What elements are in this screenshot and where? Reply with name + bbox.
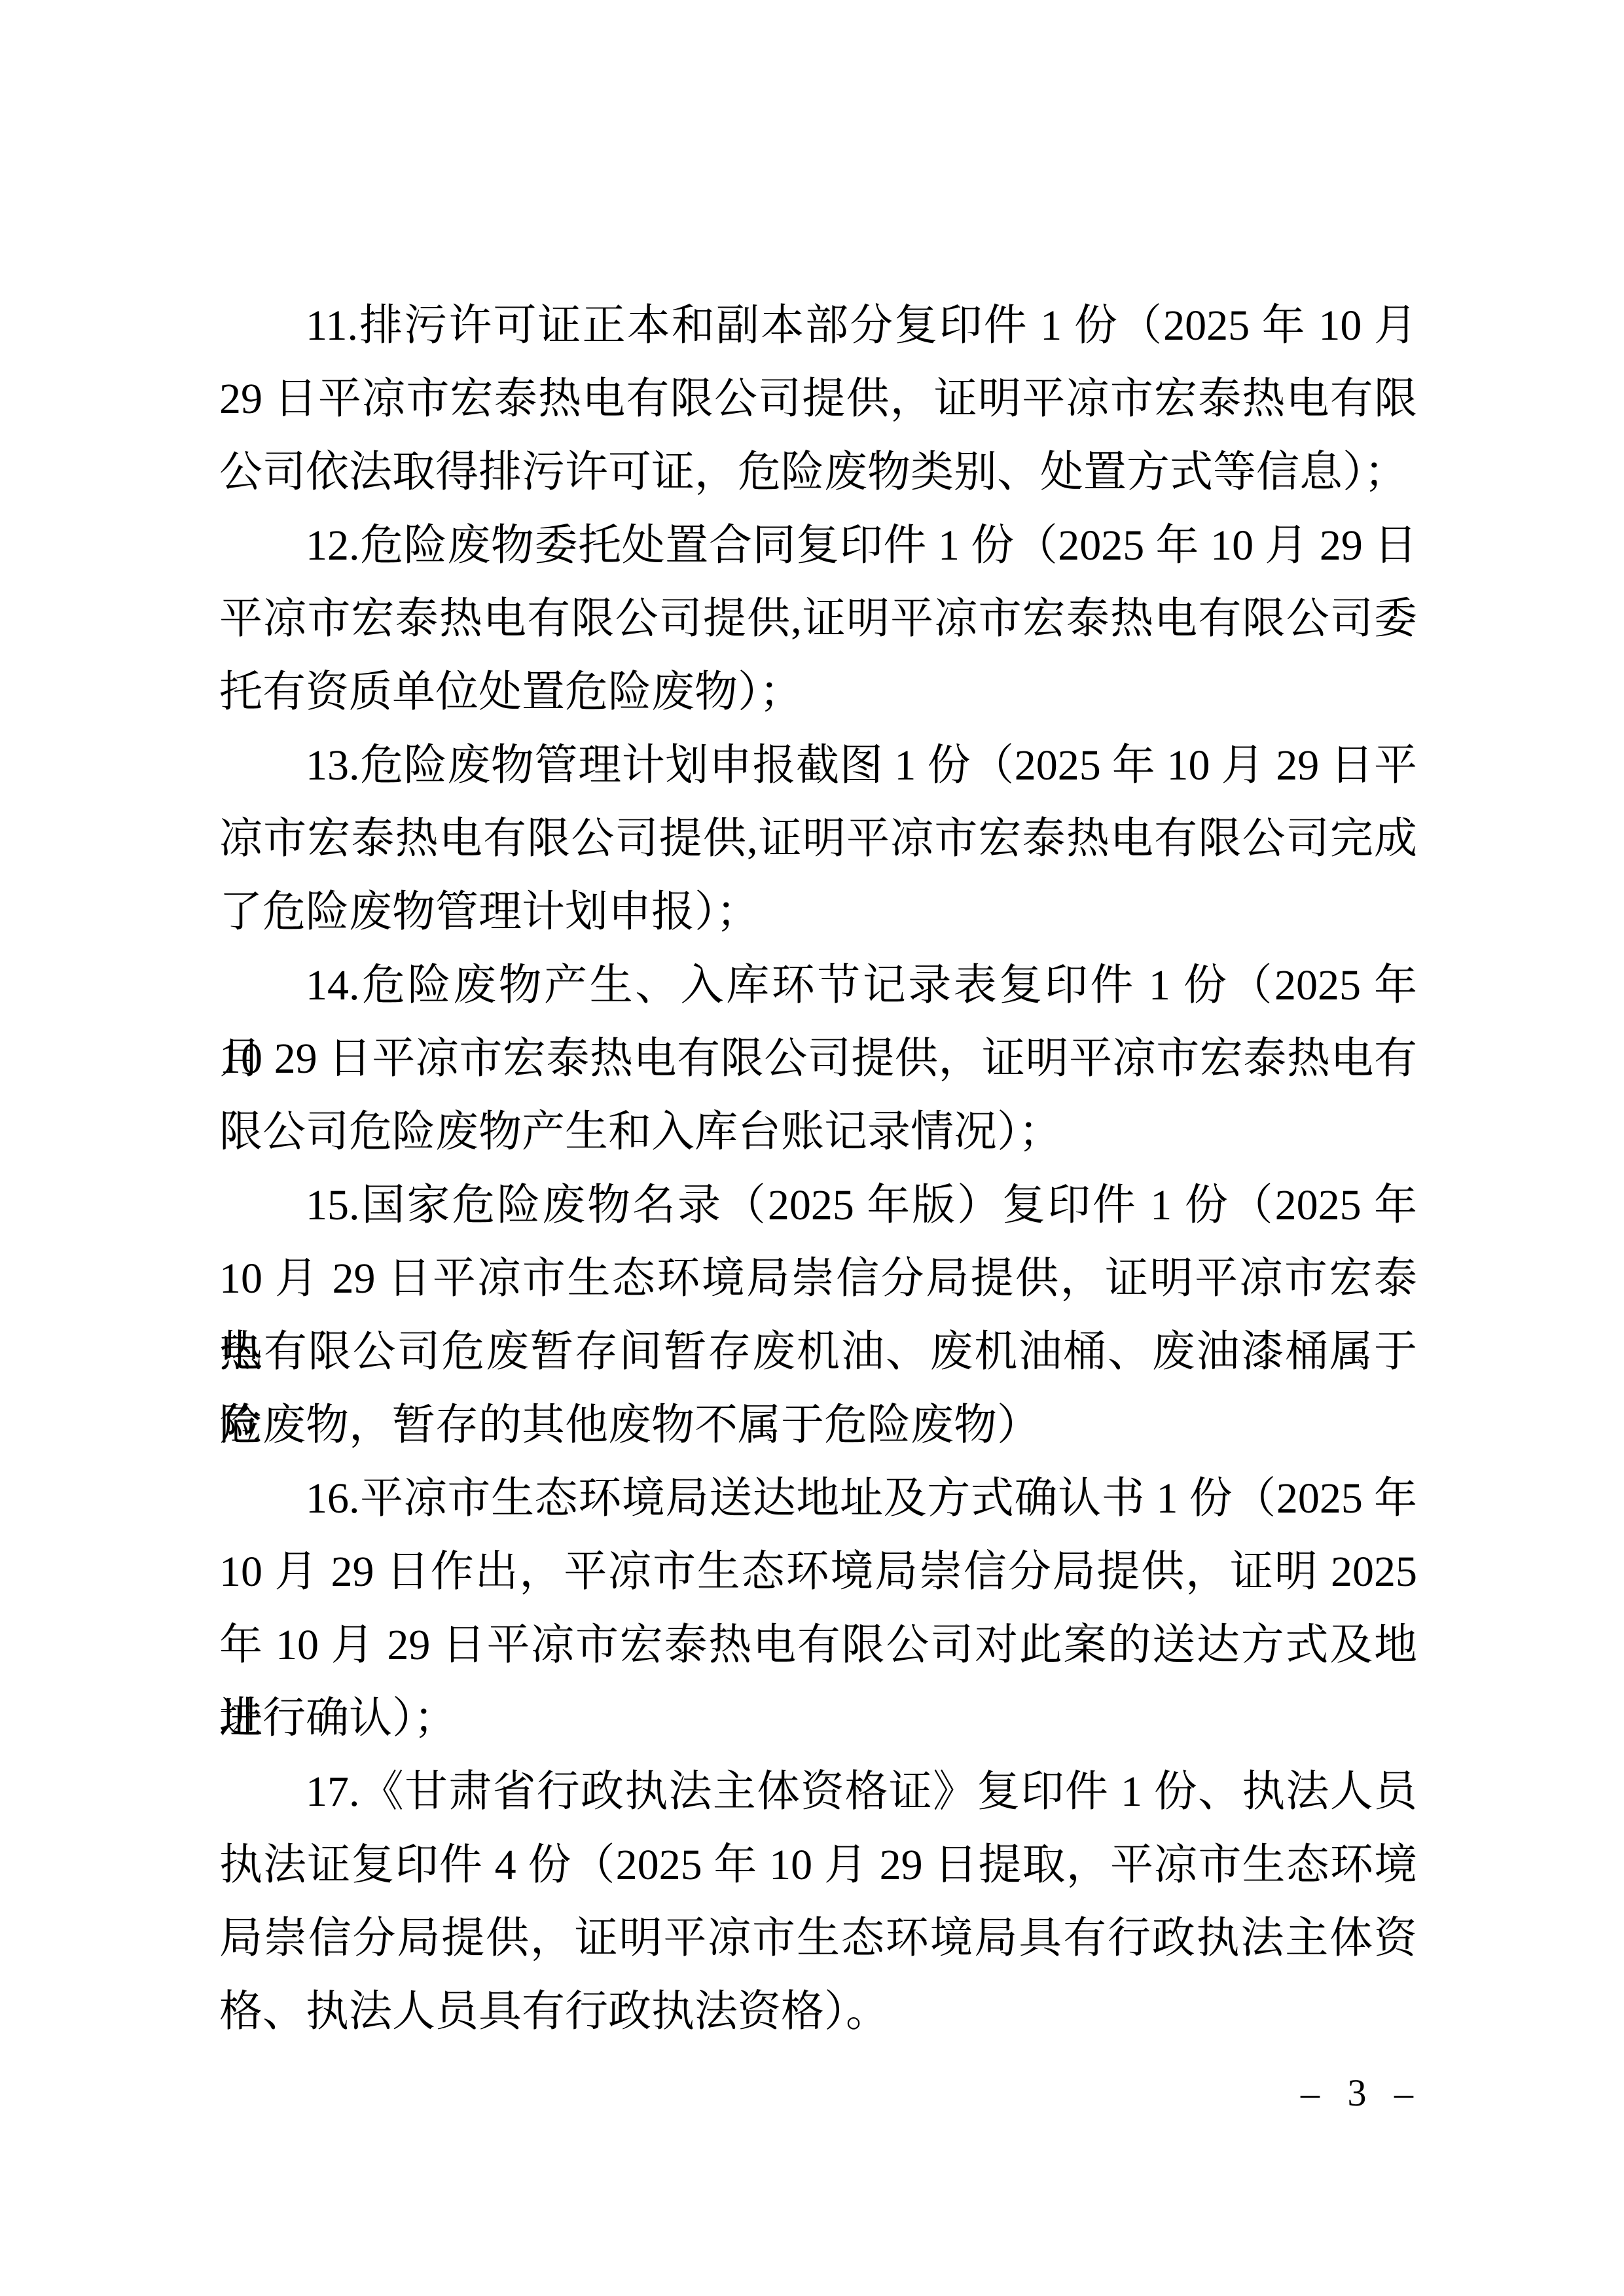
text-line: 格、执法人员具有行政执法资格）。 [219, 1975, 1417, 2049]
text-line: 限公司危险废物产生和入库台账记录情况）； [219, 1096, 1417, 1169]
text-line: 公司依法取得排污许可证，危险废物类别、处置方式等信息）； [219, 436, 1417, 509]
evidence-list: 11.排污许可证正本和副本部分复印件 1 份（2025 年 10 月29 日平凉… [219, 289, 1417, 2049]
text-line: 险废物，暂存的其他废物不属于危险废物） [219, 1389, 1417, 1462]
paragraph: 14.危险废物产生、入库环节记录表复印件 1 份（2025 年 10月 29 日… [219, 949, 1417, 1169]
text-line: 17.《甘肃省行政执法主体资格证》复印件 1 份、执法人员 [219, 1755, 1417, 1829]
text-line: 11.排污许可证正本和副本部分复印件 1 份（2025 年 10 月 [219, 289, 1417, 363]
text-line: 月 29 日平凉市宏泰热电有限公司提供，证明平凉市宏泰热电有 [219, 1022, 1417, 1096]
paragraph: 15.国家危险废物名录（2025 年版）复印件 1 份（2025 年10 月 2… [219, 1169, 1417, 1462]
text-line: 年 10 月 29 日平凉市宏泰热电有限公司对此案的送达方式及地址 [219, 1609, 1417, 1682]
text-line: 平凉市宏泰热电有限公司提供,证明平凉市宏泰热电有限公司委 [219, 583, 1417, 656]
paragraph: 13.危险废物管理计划申报截图 1 份（2025 年 10 月 29 日平凉市宏… [219, 729, 1417, 949]
page-number: – 3 – [1301, 2067, 1422, 2119]
paragraph: 11.排污许可证正本和副本部分复印件 1 份（2025 年 10 月29 日平凉… [219, 289, 1417, 509]
text-line: 凉市宏泰热电有限公司提供,证明平凉市宏泰热电有限公司完成 [219, 802, 1417, 876]
text-line: 10 月 29 日平凉市生态环境局崇信分局提供，证明平凉市宏泰热 [219, 1242, 1417, 1316]
text-line: 14.危险废物产生、入库环节记录表复印件 1 份（2025 年 10 [219, 949, 1417, 1022]
text-line: 局崇信分局提供，证明平凉市生态环境局具有行政执法主体资 [219, 1902, 1417, 1975]
text-line: 10 月 29 日作出，平凉市生态环境局崇信分局提供，证明 2025 [219, 1535, 1417, 1609]
text-line: 16.平凉市生态环境局送达地址及方式确认书 1 份（2025 年 [219, 1462, 1417, 1535]
text-line: 进行确认）； [219, 1682, 1417, 1755]
text-line: 托有资质单位处置危险废物）； [219, 656, 1417, 729]
document-page: 11.排污许可证正本和副本部分复印件 1 份（2025 年 10 月29 日平凉… [0, 0, 1624, 2296]
text-line: 12.危险废物委托处置合同复印件 1 份（2025 年 10 月 29 日 [219, 509, 1417, 583]
text-line: 了危险废物管理计划申报）； [219, 876, 1417, 949]
text-line: 执法证复印件 4 份（2025 年 10 月 29 日提取，平凉市生态环境 [219, 1829, 1417, 1902]
paragraph: 17.《甘肃省行政执法主体资格证》复印件 1 份、执法人员执法证复印件 4 份（… [219, 1755, 1417, 2049]
text-line: 15.国家危险废物名录（2025 年版）复印件 1 份（2025 年 [219, 1169, 1417, 1242]
paragraph: 16.平凉市生态环境局送达地址及方式确认书 1 份（2025 年10 月 29 … [219, 1462, 1417, 1755]
paragraph: 12.危险废物委托处置合同复印件 1 份（2025 年 10 月 29 日平凉市… [219, 509, 1417, 729]
text-line: 29 日平凉市宏泰热电有限公司提供，证明平凉市宏泰热电有限 [219, 363, 1417, 436]
text-line: 13.危险废物管理计划申报截图 1 份（2025 年 10 月 29 日平 [219, 729, 1417, 802]
text-line: 电有限公司危废暂存间暂存废机油、废机油桶、废油漆桶属于危 [219, 1316, 1417, 1389]
